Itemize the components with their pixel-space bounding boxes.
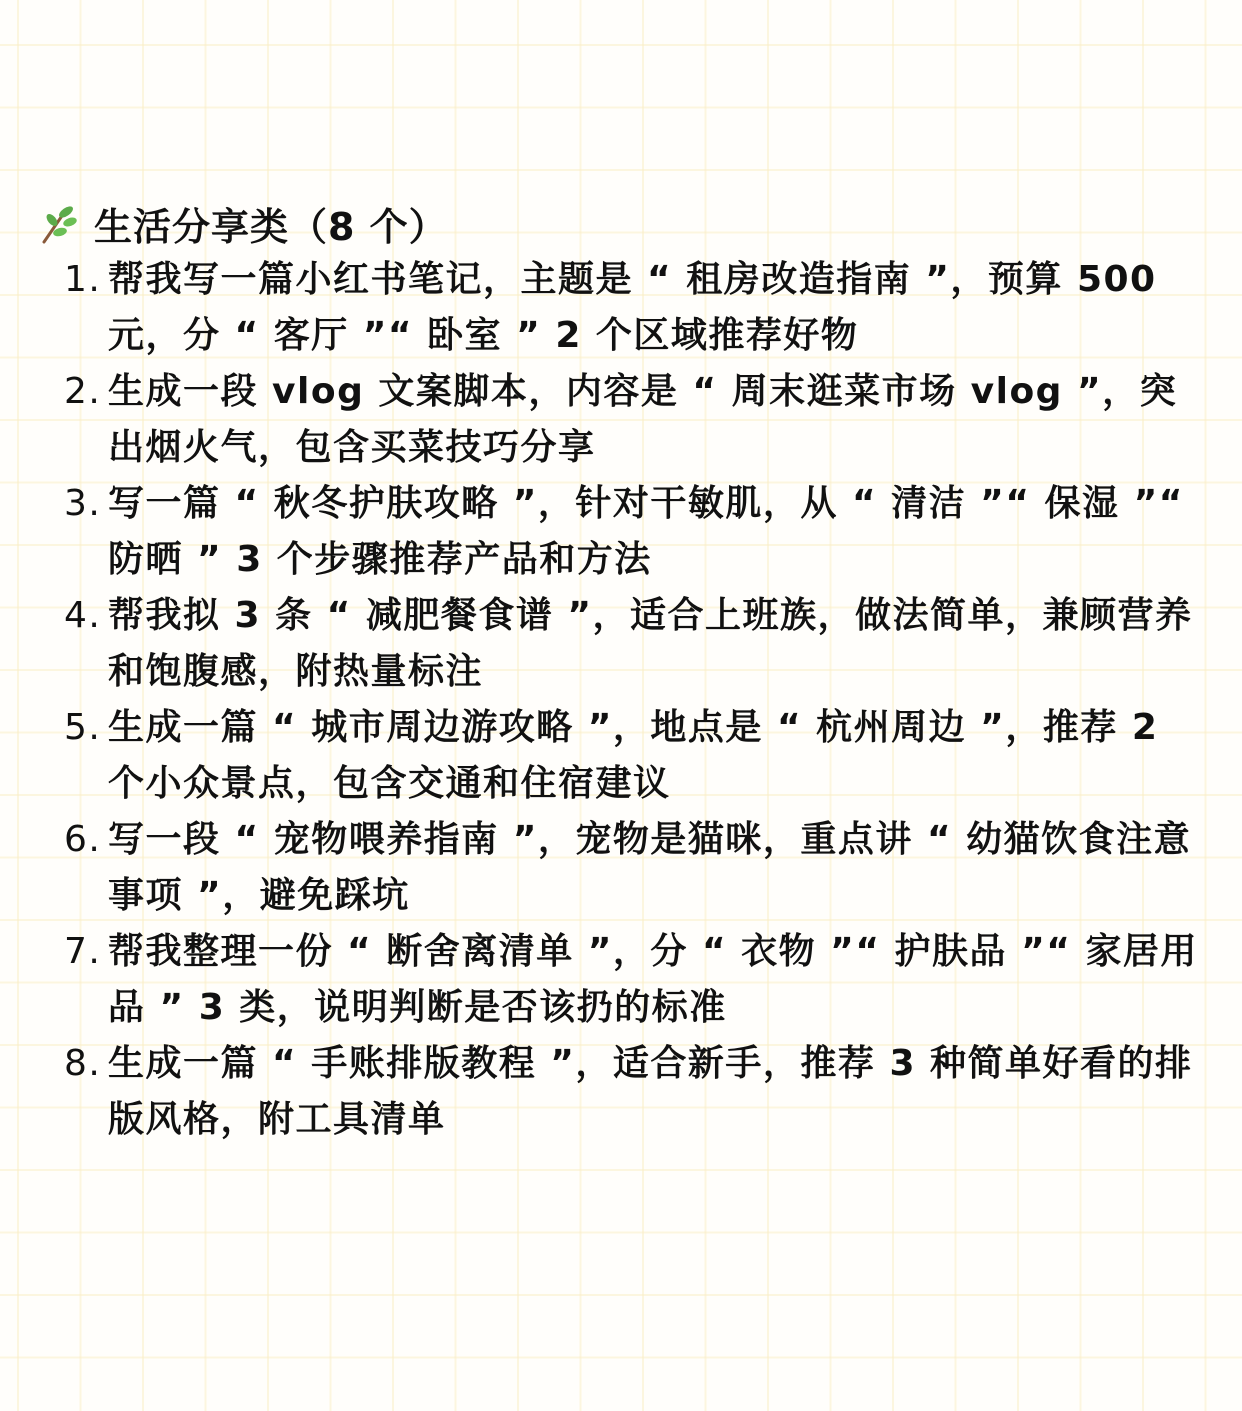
item-text: 生成一篇 “ 手账排版教程 ”，适合新手，推荐 3 种简单好看的排版风格，附工具…	[108, 1036, 1204, 1148]
item-text: 帮我拟 3 条 “ 减肥餐食谱 ”，适合上班族，做法简单，兼顾营养和饱腹感，附热…	[108, 588, 1204, 700]
item-number: 1.	[64, 252, 108, 364]
item-text: 写一段 “ 宠物喂养指南 ”，宠物是猫咪，重点讲 “ 幼猫饮食注意事项 ”，避免…	[108, 812, 1204, 924]
item-number: 5.	[64, 700, 108, 812]
list-item: 7.帮我整理一份 “ 断舍离清单 ”，分 “ 衣物 ”“ 护肤品 ”“ 家居用品…	[64, 924, 1204, 1036]
item-text: 帮我整理一份 “ 断舍离清单 ”，分 “ 衣物 ”“ 护肤品 ”“ 家居用品 ”…	[108, 924, 1204, 1036]
section-title: 生活分享类（8 个）	[94, 196, 448, 251]
list-item: 4.帮我拟 3 条 “ 减肥餐食谱 ”，适合上班族，做法简单，兼顾营养和饱腹感，…	[64, 588, 1204, 700]
item-number: 8.	[64, 1036, 108, 1148]
list-item: 5.生成一篇 “ 城市周边游攻略 ”，地点是 “ 杭州周边 ”，推荐 2 个小众…	[64, 700, 1204, 812]
list-item: 1.帮我写一篇小红书笔记，主题是 “ 租房改造指南 ”，预算 500 元，分 “…	[64, 252, 1204, 364]
list-item: 8.生成一篇 “ 手账排版教程 ”，适合新手，推荐 3 种简单好看的排版风格，附…	[64, 1036, 1204, 1148]
leaf-branch-icon	[36, 202, 80, 246]
item-number: 4.	[64, 588, 108, 700]
prompt-list: 1.帮我写一篇小红书笔记，主题是 “ 租房改造指南 ”，预算 500 元，分 “…	[64, 252, 1204, 1148]
item-number: 7.	[64, 924, 108, 1036]
item-text: 帮我写一篇小红书笔记，主题是 “ 租房改造指南 ”，预算 500 元，分 “ 客…	[108, 252, 1204, 364]
item-number: 2.	[64, 364, 108, 476]
item-text: 生成一篇 “ 城市周边游攻略 ”，地点是 “ 杭州周边 ”，推荐 2 个小众景点…	[108, 700, 1204, 812]
item-text: 生成一段 vlog 文案脚本，内容是 “ 周末逛菜市场 vlog ”，突出烟火气…	[108, 364, 1204, 476]
item-number: 6.	[64, 812, 108, 924]
list-item: 3.写一篇 “ 秋冬护肤攻略 ”，针对干敏肌，从 “ 清洁 ”“ 保湿 ”“ 防…	[64, 476, 1204, 588]
list-item: 2.生成一段 vlog 文案脚本，内容是 “ 周末逛菜市场 vlog ”，突出烟…	[64, 364, 1204, 476]
section-heading: 生活分享类（8 个）	[36, 196, 448, 251]
item-text: 写一篇 “ 秋冬护肤攻略 ”，针对干敏肌，从 “ 清洁 ”“ 保湿 ”“ 防晒 …	[108, 476, 1204, 588]
list-item: 6.写一段 “ 宠物喂养指南 ”，宠物是猫咪，重点讲 “ 幼猫饮食注意事项 ”，…	[64, 812, 1204, 924]
item-number: 3.	[64, 476, 108, 588]
